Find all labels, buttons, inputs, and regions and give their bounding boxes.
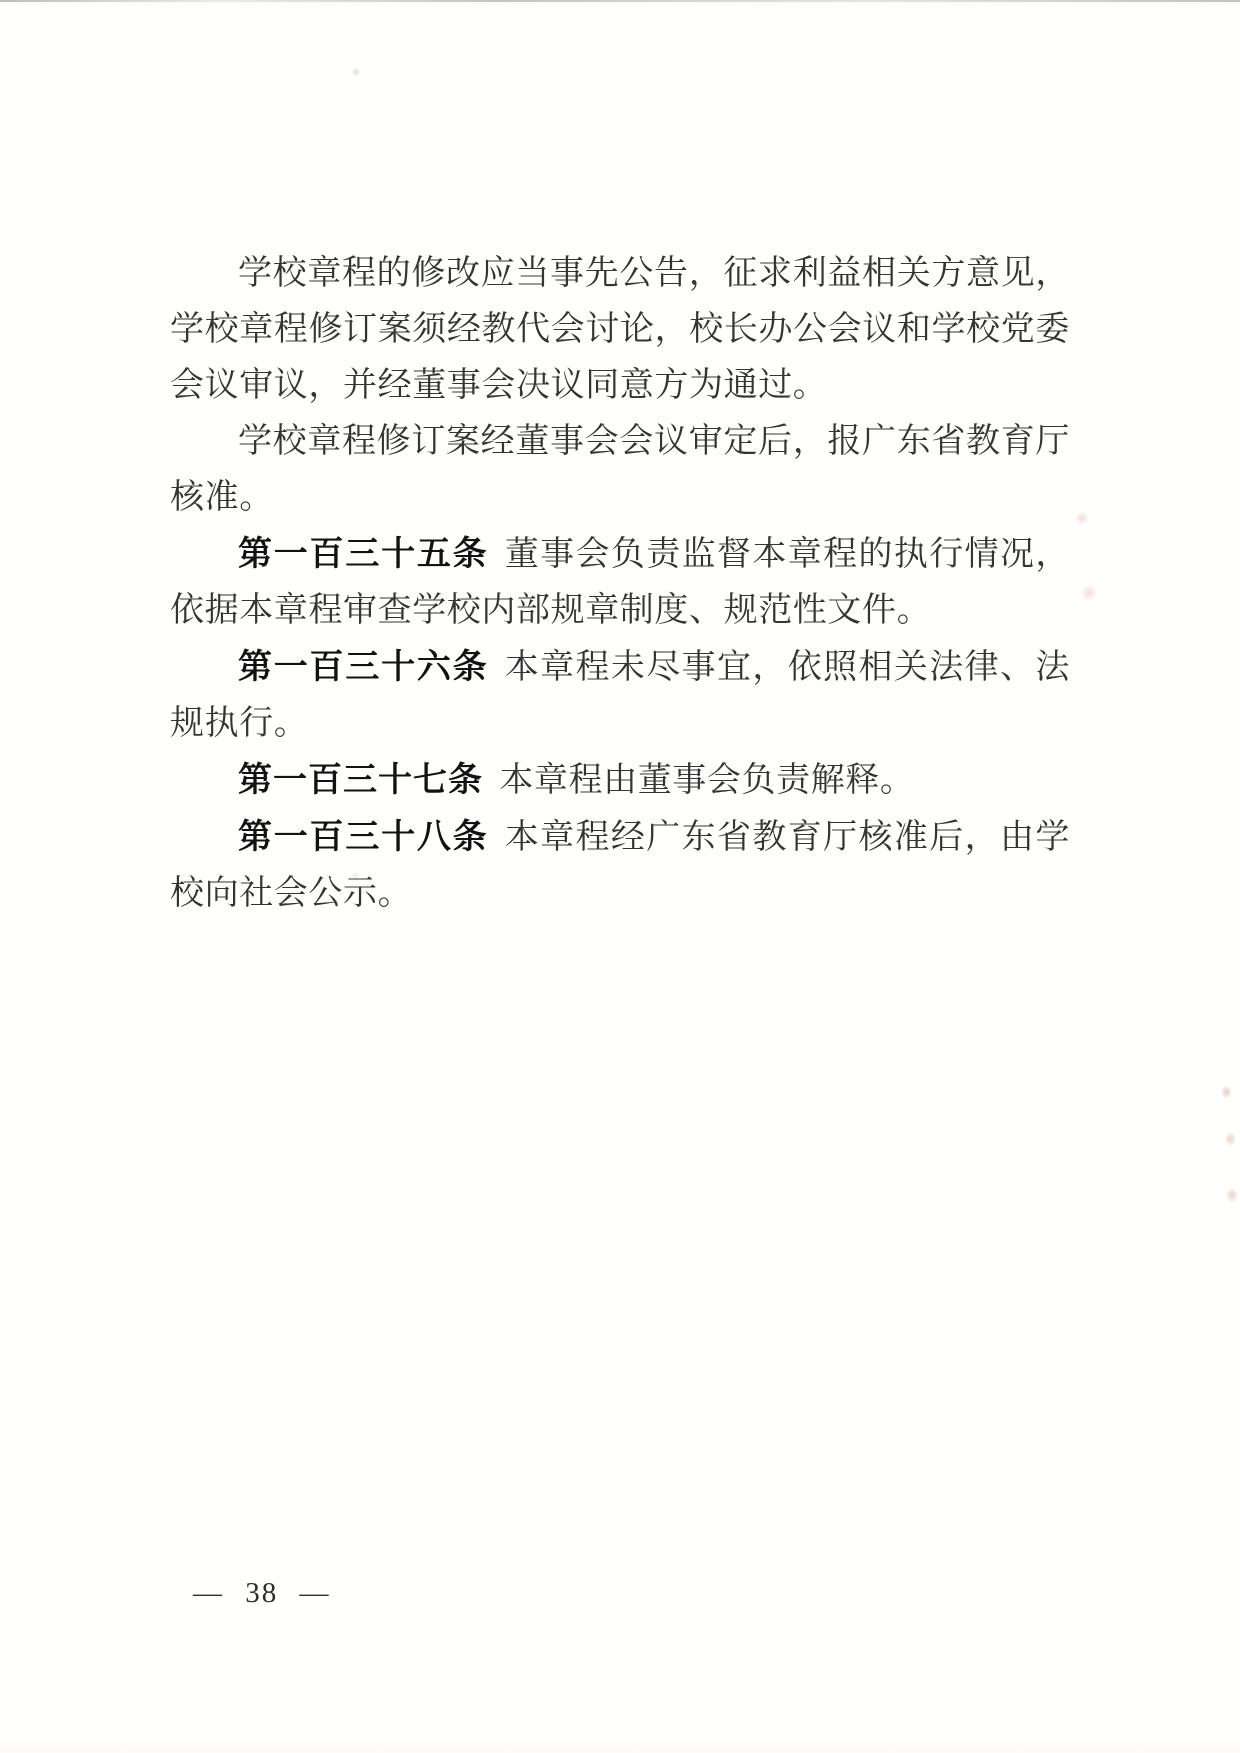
article-number-138: 第一百三十八条 (238, 818, 488, 856)
paragraph-article-137: 第一百三十七条本章程由董事会负责解释。 (170, 752, 1070, 809)
document-page: 学校章程的修改应当事先公告，征求利益相关方意见，学校章程修订案须经教代会讨论，校… (0, 0, 1240, 1753)
scan-speck (1082, 586, 1096, 600)
page-number: — 38 — (193, 1577, 331, 1610)
scan-speck (1222, 1086, 1231, 1098)
paragraph-article-136: 第一百三十六条本章程未尽事宜，依照相关法律、法规执行。 (170, 639, 1070, 752)
paragraph: 学校章程的修改应当事先公告，征求利益相关方意见，学校章程修订案须经教代会讨论，校… (170, 246, 1070, 414)
paragraph-text: 学校章程修订案经董事会会议审定后，报广东省教育厅核准。 (170, 423, 1070, 516)
document-text-block: 学校章程的修改应当事先公告，征求利益相关方意见，学校章程修订案须经教代会讨论，校… (170, 246, 1070, 922)
scan-speck (1226, 1132, 1235, 1146)
paragraph-article-135: 第一百三十五条董事会负责监督本章程的执行情况，依据本章程审查学校内部规章制度、规… (170, 526, 1070, 639)
article-number-135: 第一百三十五条 (238, 535, 488, 573)
scan-speck (1227, 1188, 1237, 1202)
scan-speck (1076, 512, 1088, 524)
paragraph-article-138: 第一百三十八条本章程经广东省教育厅核准后，由学校向社会公示。 (170, 809, 1070, 922)
paragraph: 学校章程修订案经董事会会议审定后，报广东省教育厅核准。 (170, 414, 1070, 526)
article-number-137: 第一百三十七条 (238, 761, 483, 799)
scan-speck (352, 68, 360, 76)
article-number-136: 第一百三十六条 (238, 648, 488, 686)
scan-edge-artifact (0, 0, 1240, 2)
paragraph-text: 本章程由董事会负责解释。 (499, 762, 914, 799)
paragraph-text: 学校章程的修改应当事先公告，征求利益相关方意见，学校章程修订案须经教代会讨论，校… (170, 255, 1070, 404)
